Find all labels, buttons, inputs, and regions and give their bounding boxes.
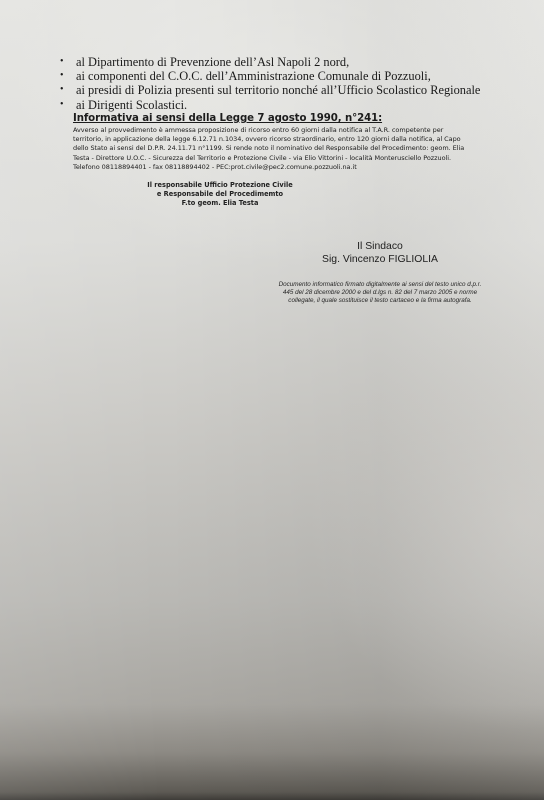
note-line: Documento informatico firmato digitalmen… — [252, 281, 508, 289]
informativa-line: Telefono 08118894401 - fax 08118894402 -… — [73, 163, 505, 172]
informativa-line: territorio, in applicazione della legge … — [73, 135, 505, 144]
informativa-title: Informativa ai sensi della Legge 7 agost… — [73, 113, 505, 125]
note-line: 445 del 28 dicembre 2000 e del d.lgs n. … — [252, 289, 508, 297]
responsabile-line: F.to geom. Elia Testa — [125, 199, 315, 208]
informativa-line: dello Stato ai sensi del D.P.R. 24.11.71… — [73, 144, 505, 153]
informativa-line: Avverso al provvedimento è ammessa propo… — [73, 126, 505, 135]
bullet-icon: • — [60, 55, 64, 69]
recipient-text: ai componenti del C.O.C. dell’Amministra… — [76, 69, 431, 83]
list-item: • ai Dirigenti Scolastici. — [60, 98, 480, 112]
list-item: • al Dipartimento di Prevenzione dell’As… — [60, 55, 480, 69]
responsabile-line: Il responsabile Ufficio Protezione Civil… — [125, 181, 315, 190]
note-line: collegate, il quale sostituisce il testo… — [252, 297, 508, 305]
responsabile-line: e Responsabile del Procedimemto — [125, 190, 315, 199]
recipient-list: • al Dipartimento di Prevenzione dell’As… — [60, 55, 480, 112]
bullet-icon: • — [60, 98, 64, 112]
bullet-icon: • — [60, 83, 64, 97]
sindaco-name: Sig. Vincenzo FIGLIOLIA — [300, 253, 460, 266]
bullet-icon: • — [60, 69, 64, 83]
list-item: • ai presidi di Polizia presenti sul ter… — [60, 83, 480, 97]
list-item: • ai componenti del C.O.C. dell’Amminist… — [60, 69, 480, 83]
sindaco-signature: Il Sindaco Sig. Vincenzo FIGLIOLIA — [300, 240, 460, 266]
recipient-text: ai Dirigenti Scolastici. — [76, 98, 187, 112]
informativa-section: Informativa ai sensi della Legge 7 agost… — [73, 113, 505, 172]
sindaco-title: Il Sindaco — [300, 240, 460, 253]
recipient-text: ai presidi di Polizia presenti sul terri… — [76, 83, 480, 97]
responsabile-signature: Il responsabile Ufficio Protezione Civil… — [125, 181, 315, 209]
document-page: • al Dipartimento di Prevenzione dell’As… — [0, 0, 544, 800]
informativa-line: Testa - Direttore U.O.C. - Sicurezza del… — [73, 154, 505, 163]
recipient-text: al Dipartimento di Prevenzione dell’Asl … — [76, 55, 349, 69]
digital-signature-note: Documento informatico firmato digitalmen… — [252, 281, 508, 306]
